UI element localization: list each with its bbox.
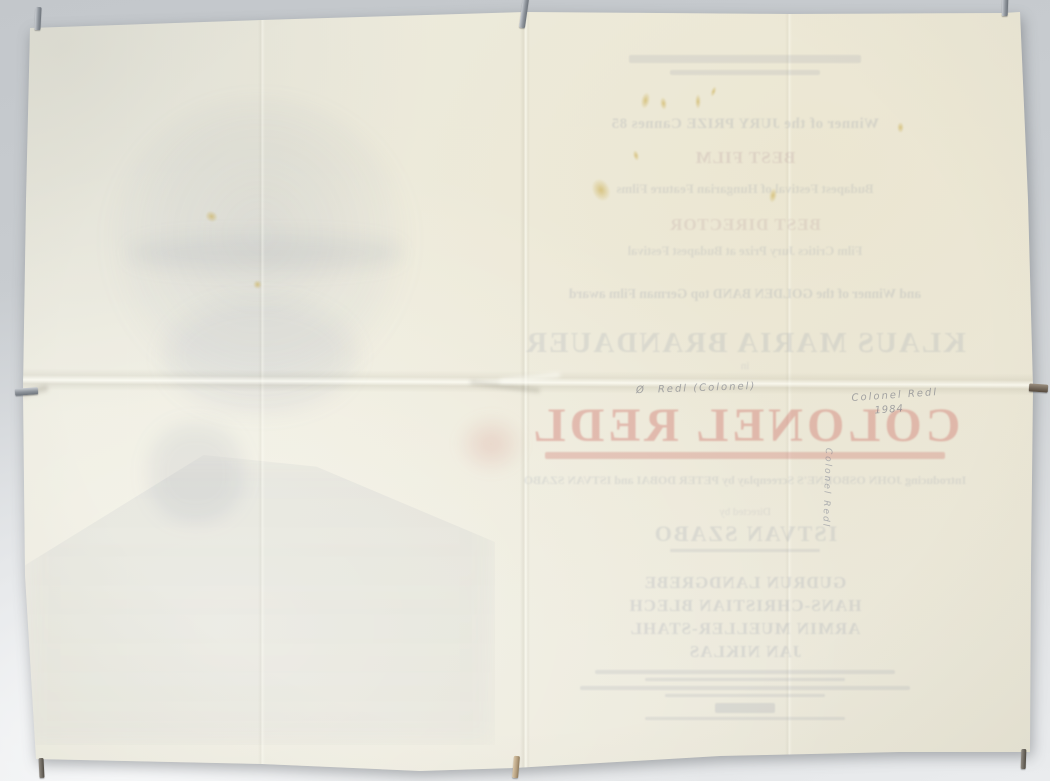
fold-crease-vertical-left-quarter (258, 16, 265, 764)
paper-shadow-wrap: Winner of the JURY PRIZE Cannes 85 BEST … (0, 0, 1050, 781)
stain-spot (253, 280, 262, 289)
showthrough-cap-visor (130, 236, 400, 270)
illegible-credit-line (595, 670, 895, 674)
award-best-director: BEST DIRECTOR (505, 215, 985, 235)
award-golden-band: and Winner of the GOLDEN BAND top German… (505, 286, 985, 302)
award-jury-line: Winner of the JURY PRIZE Cannes 85 (505, 116, 985, 133)
cast-name: JAN NIKLAS (505, 642, 985, 662)
title-underline-rule (545, 452, 945, 459)
director-name: ISTVAN SZABO (505, 521, 985, 547)
push-pin-right-middle (1029, 383, 1049, 392)
illegible-header-line (670, 70, 820, 75)
director-flourish-rule (670, 549, 820, 552)
illegible-credit-line (645, 678, 845, 681)
in-label: in (505, 360, 985, 372)
photo-of-poster-back: Winner of the JURY PRIZE Cannes 85 BEST … (0, 0, 1050, 781)
showthrough-head (105, 100, 415, 400)
award-best-film: BEST FILM (505, 148, 985, 168)
screenplay-line: Introducing JOHN OSBORNE'S Screenplay by… (505, 473, 985, 488)
award-best-director-sub: Film Critics Jury Prize at Budapest Fest… (505, 244, 985, 259)
showthrough-collar (150, 425, 242, 521)
cast-name: ARMIN MUELLER-STAHL (505, 619, 985, 639)
directed-by-label: Directed by (505, 506, 985, 518)
cast-name: HANS-CHRISTIAN BLECH (505, 596, 985, 616)
push-pin-bottom-left (38, 758, 44, 778)
push-pin-bottom-right (1021, 749, 1027, 769)
illegible-credit-line (580, 686, 910, 690)
push-pin-top-right (1002, 0, 1009, 16)
pencil-circled-mark: Ø (636, 385, 644, 396)
poster-back-sheet: Winner of the JURY PRIZE Cannes 85 BEST … (0, 0, 1050, 781)
illegible-distributor-line (645, 717, 845, 720)
illegible-header-line (629, 55, 861, 63)
illegible-credit-line (665, 694, 825, 697)
push-pin-top-left (34, 7, 41, 30)
showthrough-torso (25, 455, 495, 745)
award-best-film-sub: Budapest Festival of Hungarian Feature F… (505, 181, 985, 197)
distributor-logo-block (715, 703, 775, 713)
showthrough-face-jaw (165, 300, 355, 412)
star-name: KLAUS MARIA BRANDAUER (505, 327, 985, 360)
cast-name: GUDRUN LANDGREBE (505, 573, 985, 593)
stain-spot (203, 208, 220, 224)
